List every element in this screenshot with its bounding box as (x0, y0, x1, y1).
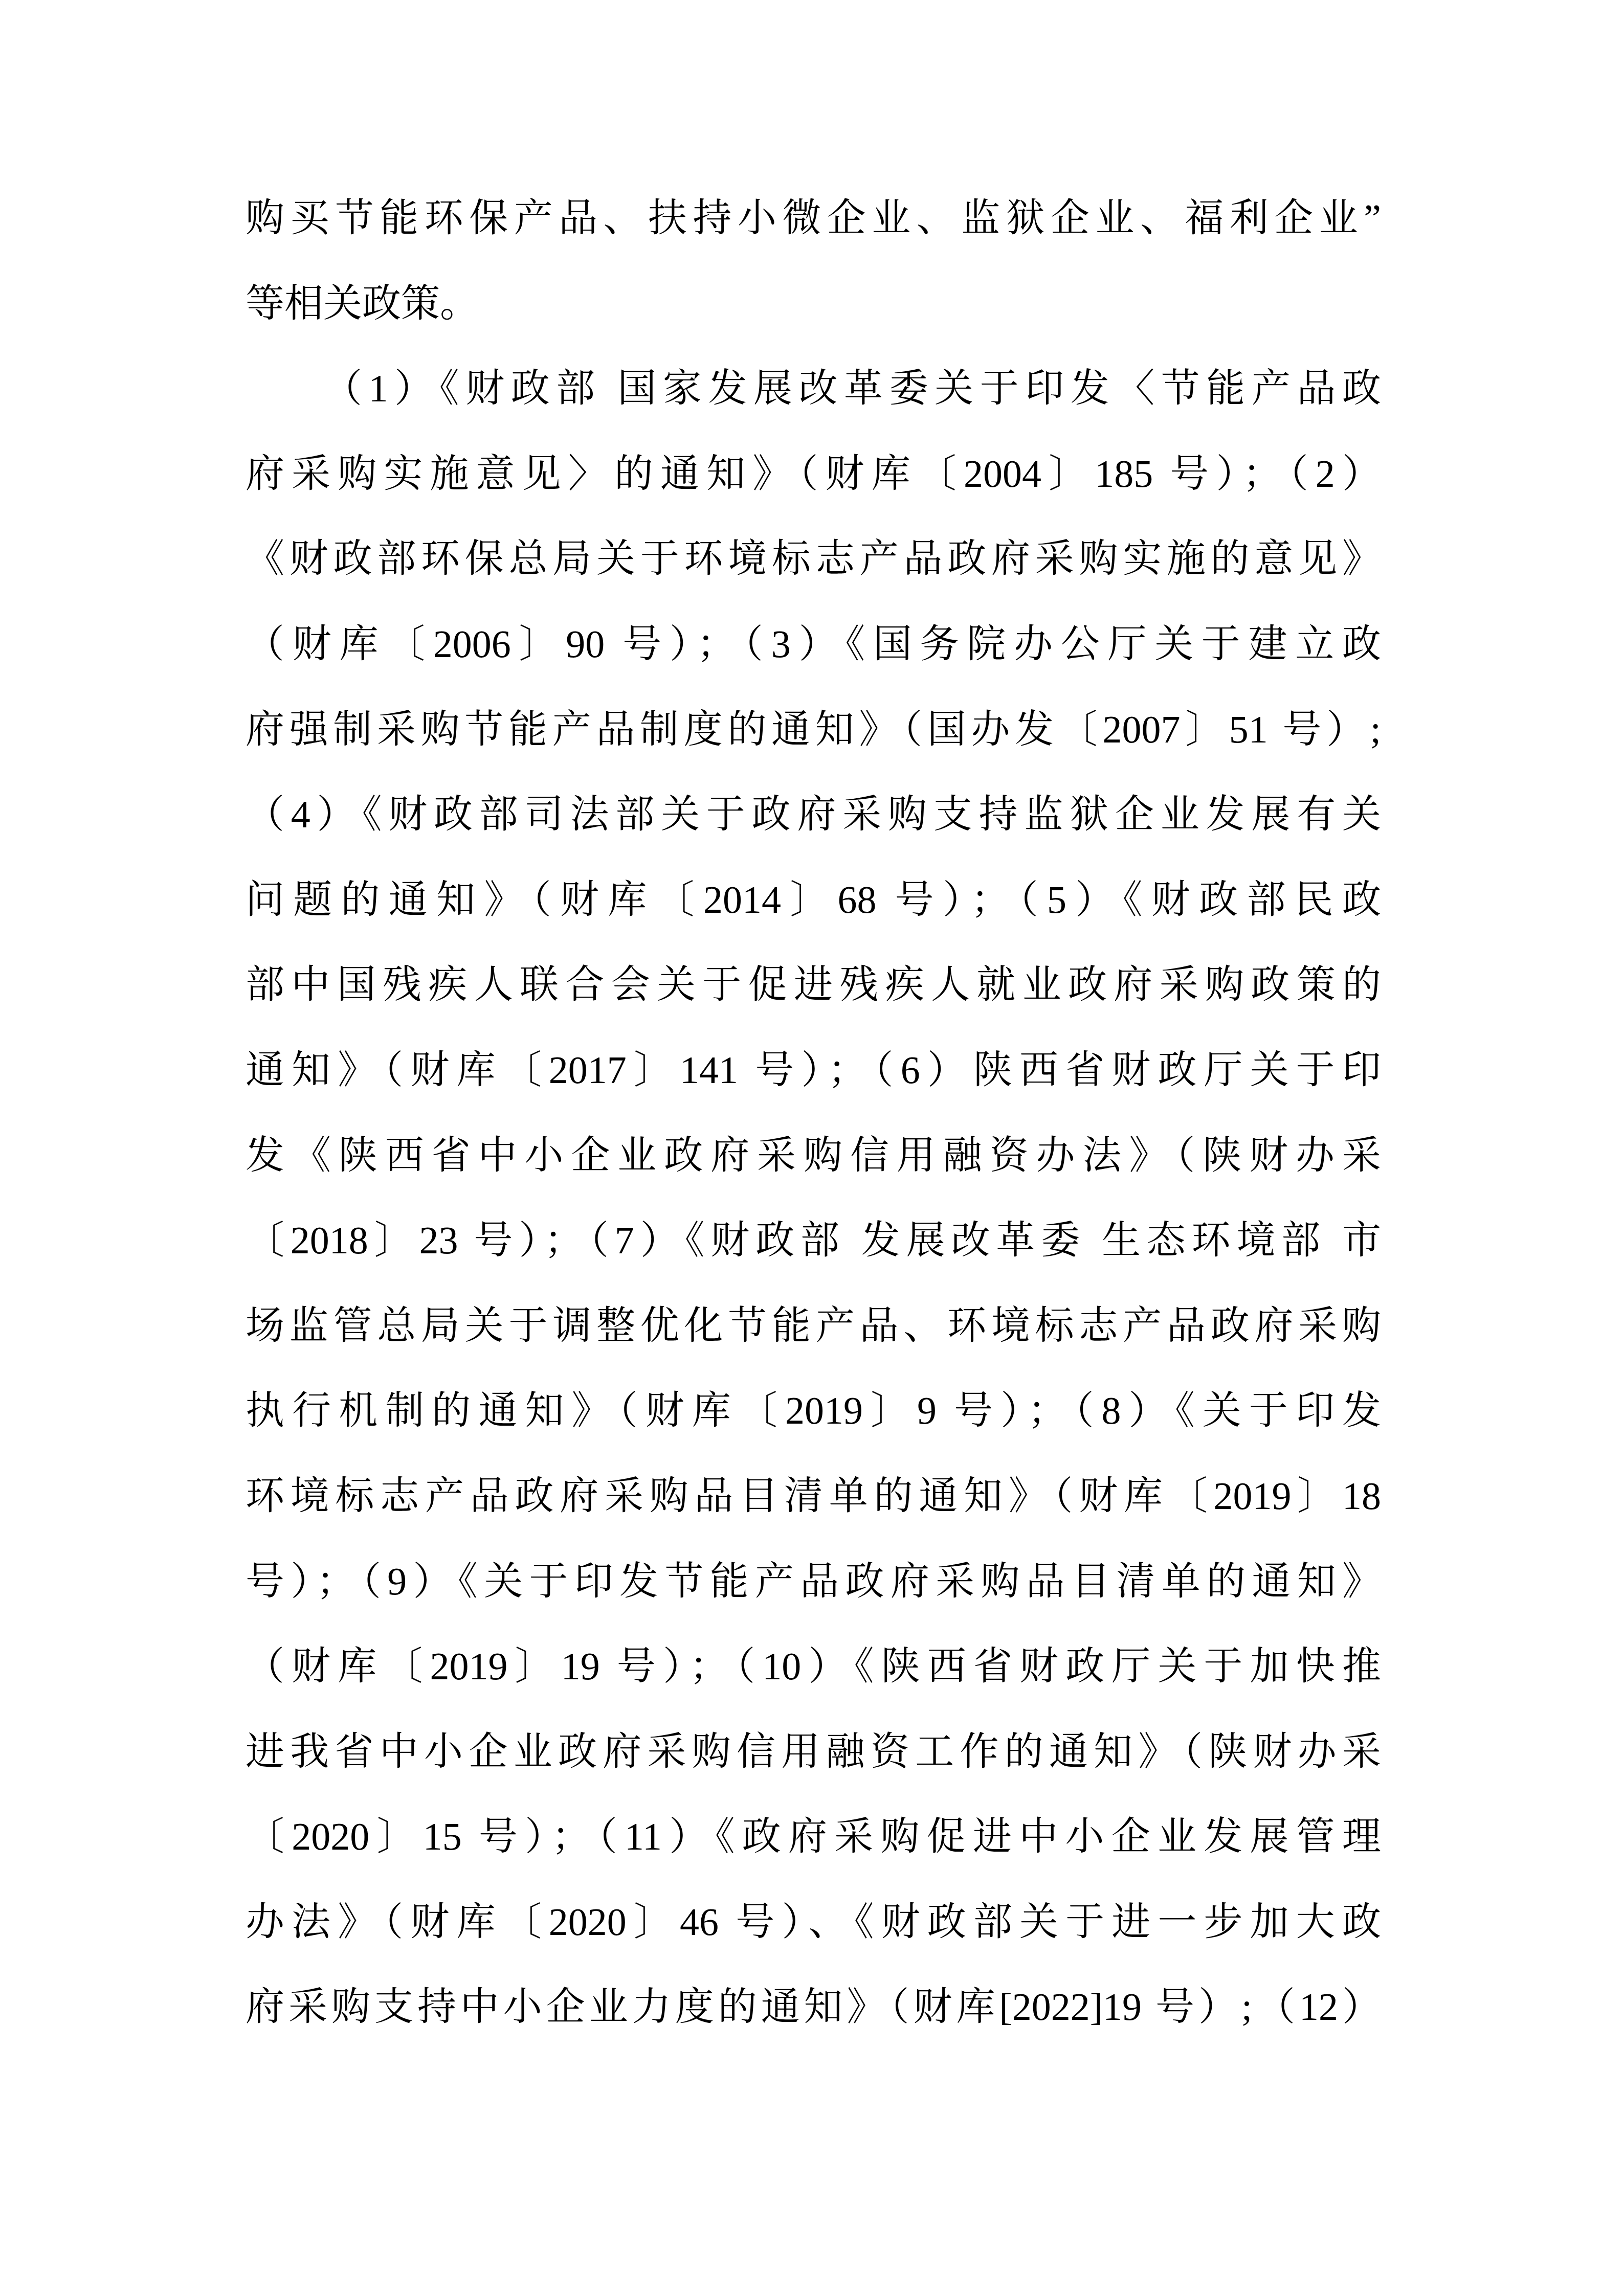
text-line: （4）《财政部司法部关于政府采购支持监狱企业发展有关 (246, 772, 1381, 858)
text-line: 环境标志产品政府采购品目清单的通知》（财库〔2019〕18 (246, 1454, 1381, 1539)
text-line: （财库〔2019〕19 号）；（10）《陕西省财政厅关于加快推 (246, 1624, 1381, 1709)
document-page: 购买节能环保产品、扶持小微企业、监狱企业、福利企业” 等相关政策。 （1）《财政… (0, 0, 1624, 2296)
text-line: 等相关政策。 (246, 261, 1381, 347)
text-line: 府强制采购节能产品制度的通知》（国办发〔2007〕51 号）; (246, 687, 1381, 773)
text-line: 〔2020〕15 号）；（11）《政府采购促进中小企业发展管理 (246, 1794, 1381, 1880)
text-line: 购买节能环保产品、扶持小微企业、监狱企业、福利企业” (246, 176, 1381, 261)
text-line: 部中国残疾人联合会关于促进残疾人就业政府采购政策的 (246, 942, 1381, 1028)
text-line: 通知》（财库〔2017〕141 号）；（6）陕西省财政厅关于印 (246, 1028, 1381, 1113)
text-line: （财库〔2006〕90 号）；（3）《国务院办公厅关于建立政 (246, 602, 1381, 687)
text-line: 场监管总局关于调整优化节能产品、环境标志产品政府采购 (246, 1284, 1381, 1369)
text-line: 《财政部环保总局关于环境标志产品政府采购实施的意见》 (246, 516, 1381, 602)
text-line: 发《陕西省中小企业政府采购信用融资办法》（陕财办采 (246, 1113, 1381, 1199)
text-line: 执行机制的通知》（财库〔2019〕9 号）；（8）《关于印发 (246, 1368, 1381, 1454)
text-line: 府采购实施意见〉的通知》（财库〔2004〕185 号）；（2） (246, 432, 1381, 517)
text-line: 问题的通知》（财库〔2014〕68 号）；（5）《财政部民政 (246, 858, 1381, 943)
text-line: 〔2018〕23 号）；（7）《财政部 发展改革委 生态环境部 市 (246, 1198, 1381, 1284)
text-line: 进我省中小企业政府采购信用融资工作的通知》（陕财办采 (246, 1709, 1381, 1795)
text-line: 号）；（9）《关于印发节能产品政府采购品目清单的通知》 (246, 1539, 1381, 1625)
text-line: （1）《财政部 国家发展改革委关于印发〈节能产品政 (246, 346, 1381, 432)
text-line: 办法》（财库〔2020〕46 号）、《财政部关于进一步加大政 (246, 1880, 1381, 1965)
document-text-block: 购买节能环保产品、扶持小微企业、监狱企业、福利企业” 等相关政策。 （1）《财政… (246, 176, 1381, 2050)
text-line: 府采购支持中小企业力度的通知》（财库[2022]19 号）;（12） (246, 1965, 1381, 2050)
